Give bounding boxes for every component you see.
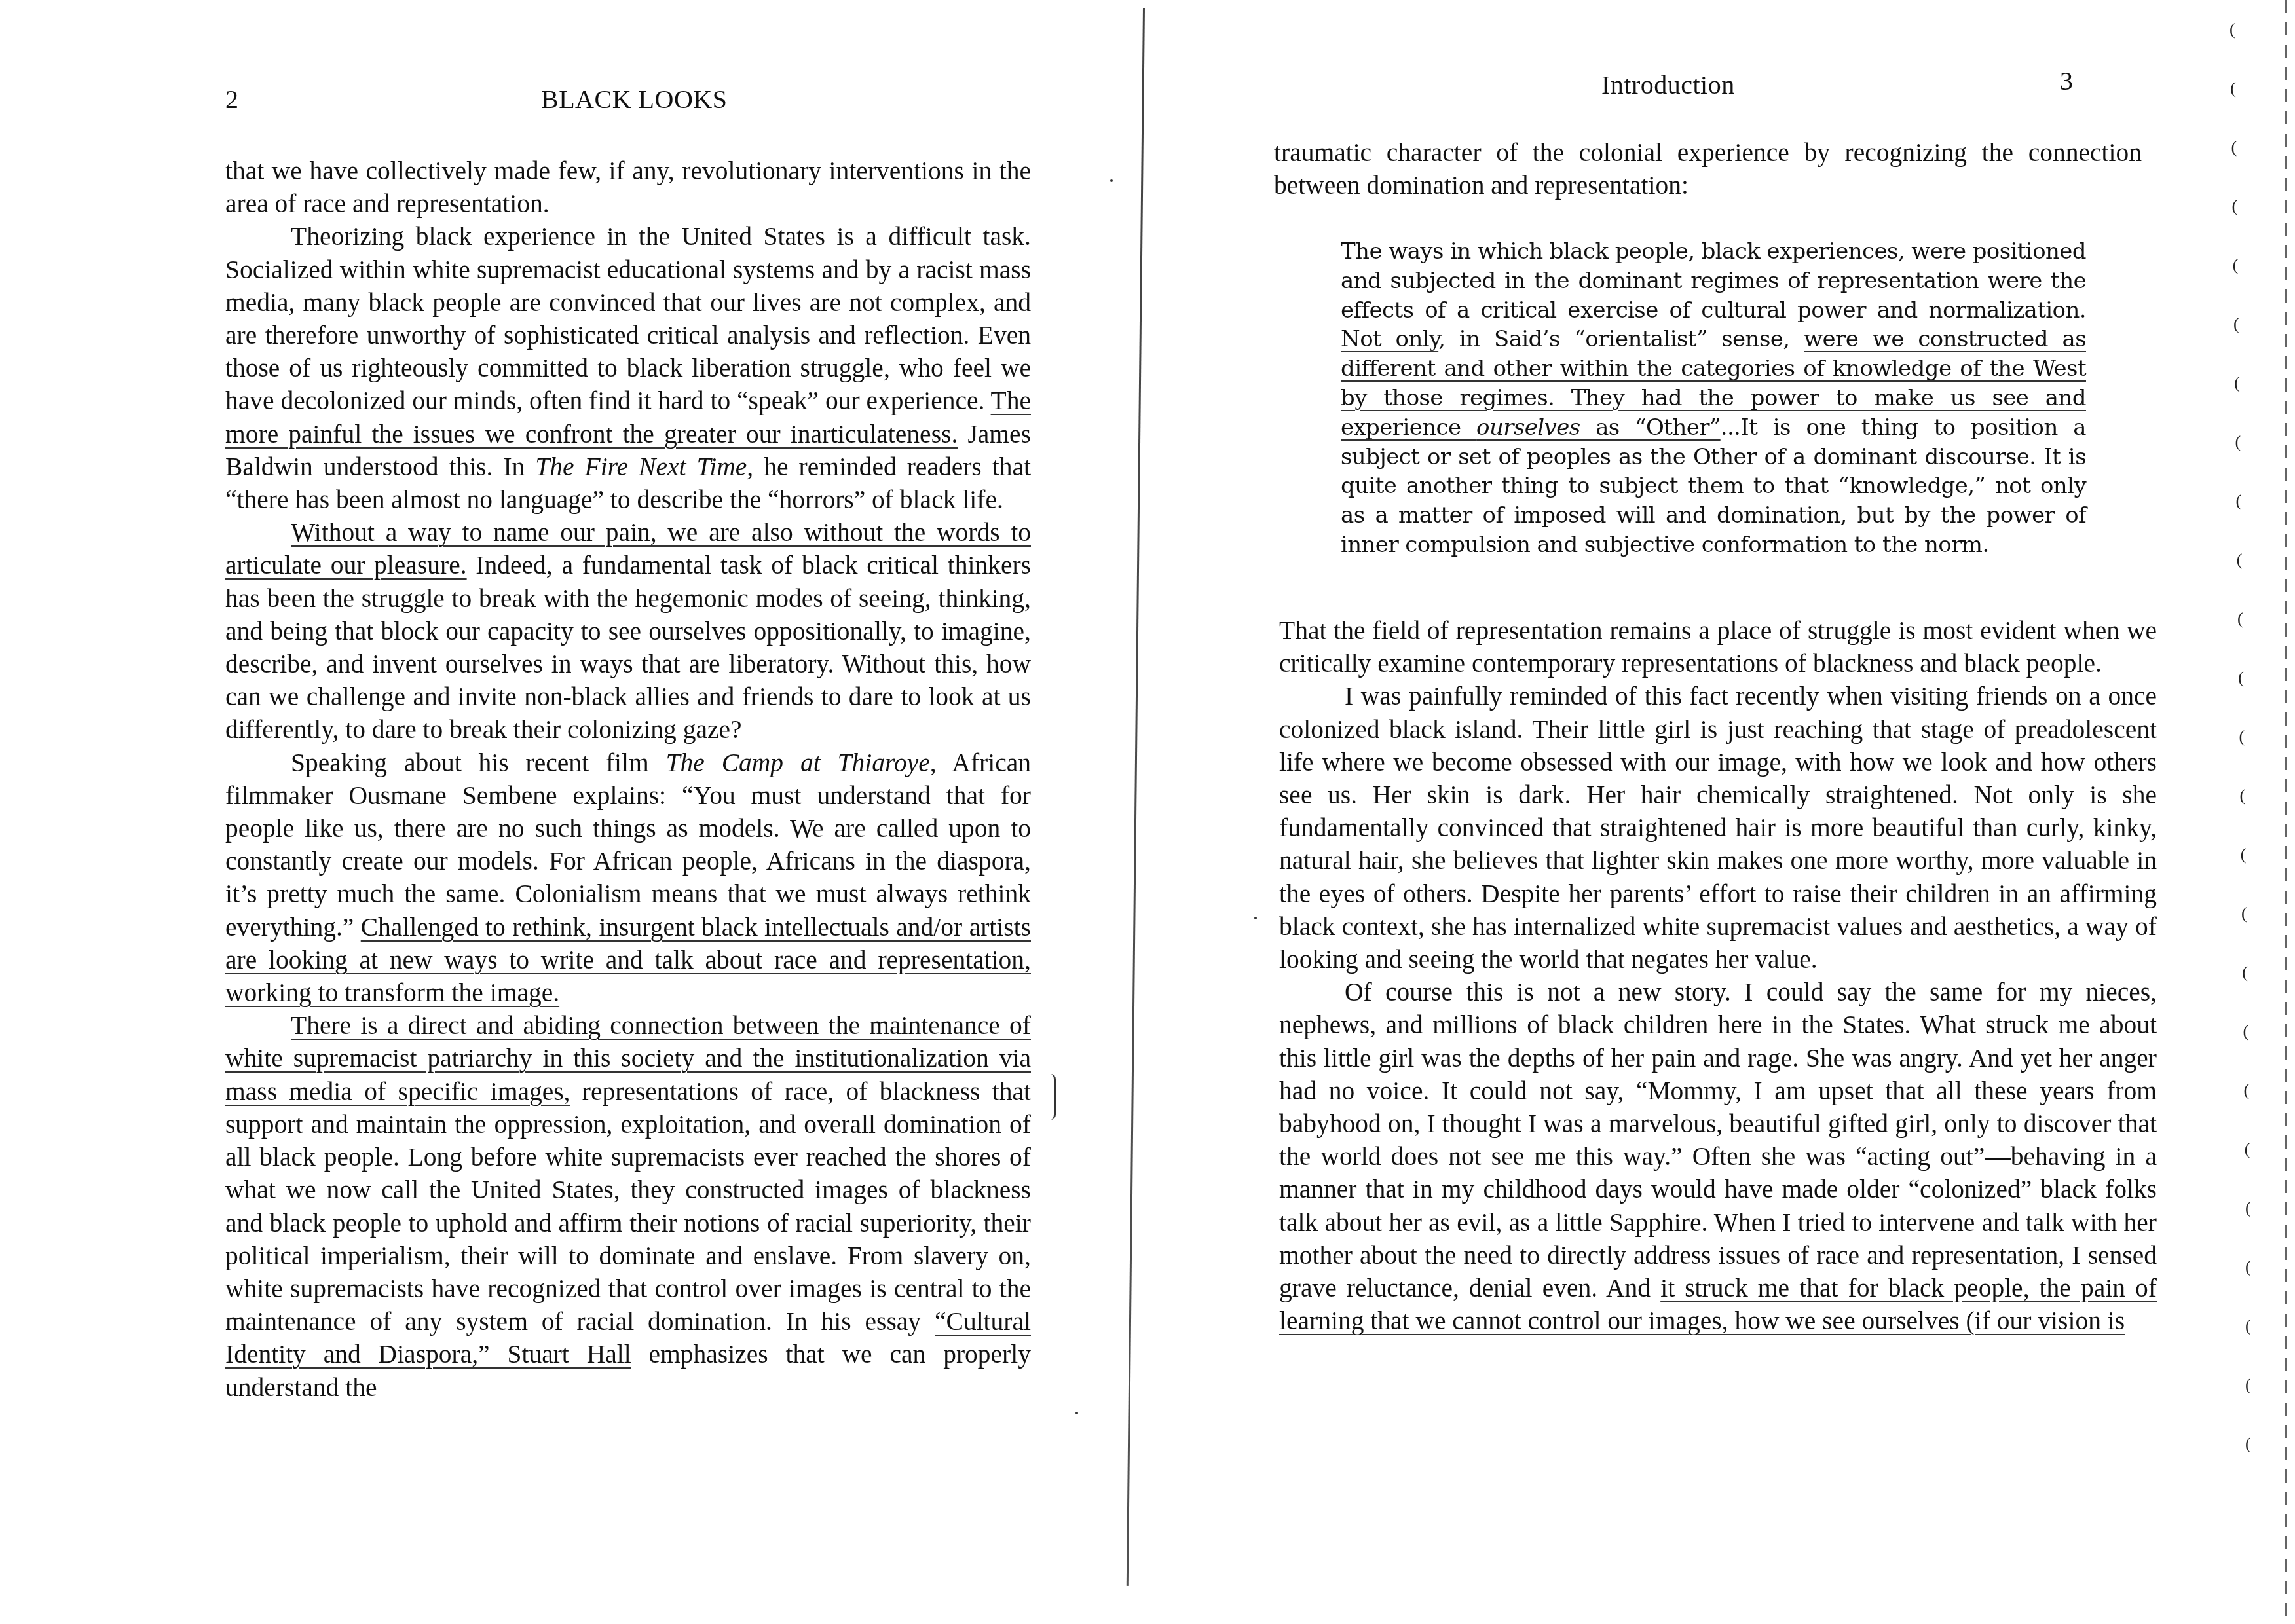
binding-mark: ( (2234, 373, 2240, 393)
binding-mark: ( (2235, 432, 2241, 452)
binding-mark: ( (2237, 550, 2243, 570)
left-page: 2 BLACK LOOKS that we have collectively … (0, 0, 1143, 1624)
text-run: Theorizing black experience in the Unite… (225, 222, 1031, 415)
text-run: traumatic character of the colonial expe… (1274, 138, 2142, 200)
running-head-book-title: BLACK LOOKS (541, 84, 727, 115)
text-run: Speaking about his recent film (291, 748, 666, 777)
page-number-right: 3 (2060, 65, 2073, 96)
underlined-annotation: Not only (1341, 326, 1438, 352)
scan-speck (1254, 917, 1257, 919)
paragraph: That the field of representation remains… (1279, 614, 2157, 680)
binding-mark: ( (2245, 1434, 2251, 1454)
right-page-body-text: That the field of representation remains… (1279, 614, 2157, 1337)
paragraph: Without a way to name our pain, we are a… (225, 516, 1031, 746)
paragraph: Theorizing black experience in the Unite… (225, 220, 1031, 516)
right-page: Introduction 3 traumatic character of th… (1143, 0, 2295, 1624)
underlined-annotation: as “Other” (1580, 415, 1721, 441)
binding-mark: ( (2230, 20, 2235, 39)
paragraph: Speaking about his recent film The Camp … (225, 747, 1031, 1010)
binding-mark: ( (2245, 1375, 2251, 1395)
text-run: The Camp at Thiaroye, (666, 748, 937, 777)
page-edge-line (2285, 0, 2287, 1624)
binding-mark: ( (2241, 845, 2247, 864)
paragraph: traumatic character of the colonial expe… (1274, 136, 2142, 202)
text-run: representations of race, of blackness th… (225, 1077, 1031, 1336)
binding-mark: ( (2233, 314, 2239, 334)
binding-mark: ( (2241, 904, 2247, 923)
binding-mark: ( (2237, 609, 2243, 629)
binding-mark: ( (2236, 491, 2242, 511)
binding-mark: ( (2245, 1316, 2251, 1336)
block-quote-stuart-hall: The ways in which black people, black ex… (1341, 237, 2086, 560)
text-run: The Fire Next Time, (535, 452, 753, 481)
binding-mark: ( (2238, 668, 2244, 688)
text-run: that we have collectively made few, if a… (225, 157, 1031, 218)
left-page-body-text: that we have collectively made few, if a… (225, 155, 1031, 1404)
paragraph: Of course this is not a new story. I cou… (1279, 976, 2157, 1337)
page-number-left: 2 (225, 84, 238, 115)
binding-mark: ( (2243, 1022, 2248, 1041)
binding-mark: ( (2239, 727, 2245, 747)
binding-mark: ( (2245, 1198, 2251, 1218)
margin-bracket-annotation (1050, 1074, 1056, 1120)
binding-mark: ( (2231, 138, 2237, 157)
paragraph: I was painfully reminded of this fact re… (1279, 680, 2157, 976)
binding-mark: ( (2245, 1139, 2250, 1159)
text-run: Indeed, a fundamental task of black crit… (225, 551, 1031, 744)
binding-edge-marks: ((((((((((((((((((((((((( (2190, 0, 2295, 1624)
text-run: Of course this is not a new story. I cou… (1279, 978, 2157, 1302)
paragraph: There is a direct and abiding connection… (225, 1009, 1031, 1403)
binding-mark: ( (2240, 786, 2246, 805)
binding-mark: ( (2244, 1080, 2250, 1100)
right-page-lead-paragraph: traumatic character of the colonial expe… (1274, 136, 2142, 202)
binding-mark: ( (2233, 255, 2239, 275)
binding-mark: ( (2230, 79, 2236, 98)
scan-speck (1075, 1412, 1078, 1414)
underlined-annotation: ourselves (1476, 415, 1580, 441)
text-run: I was painfully reminded of this fact re… (1279, 682, 2157, 974)
running-head-chapter-title: Introduction (1601, 69, 1735, 100)
text-run: The ways in which black people, black ex… (1341, 238, 2086, 323)
binding-mark: ( (2242, 963, 2248, 982)
binding-mark: ( (2232, 196, 2238, 216)
text-run: , in Said’s “orientalist” sense, (1438, 326, 1804, 352)
text-run: That the field of representation remains… (1279, 616, 2157, 678)
paragraph: that we have collectively made few, if a… (225, 155, 1031, 220)
binding-mark: ( (2245, 1257, 2251, 1277)
scan-speck (1110, 179, 1113, 182)
